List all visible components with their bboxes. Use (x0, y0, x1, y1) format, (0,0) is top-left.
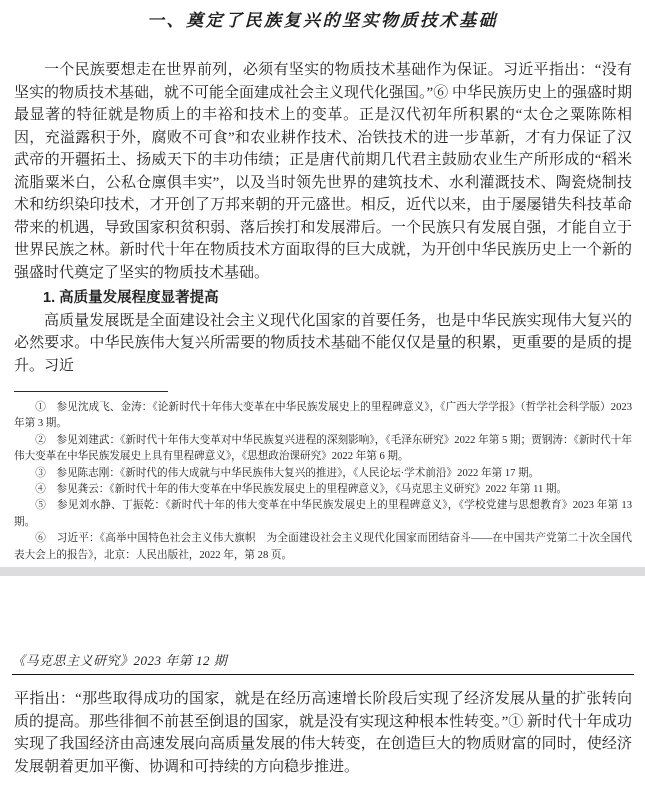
section-title: 一、奠定了民族复兴的坚实物质技术基础 (0, 0, 645, 33)
pdf-viewer: 一、奠定了民族复兴的坚实物质技术基础 一个民族要想走在世界前列，必须有坚实的物质… (0, 0, 645, 785)
footnote-item: ① 参见沈成飞、金涛：《论新时代十年伟大变革在中华民族发展史上的里程碑意义》，《… (14, 400, 632, 433)
body-paragraph: 高质量发展既是全面建设社会主义现代化国家的首要任务，也是中华民族实现伟大复兴的必… (14, 310, 632, 378)
footnote-item: ④ 参见龚云：《新时代十年的伟大变革在中华民族发展史上的里程碑意义》，《马克思主… (14, 482, 632, 498)
footnote-divider (14, 391, 168, 392)
body-paragraph: 平指出：“那些取得成功的国家，就是在经历高速增长阶段后实现了经济发展从量的扩张转… (14, 688, 632, 778)
subsection-heading: 1. 高质量发展程度显著提高 (14, 287, 632, 310)
page-separator (0, 567, 645, 576)
footnotes-block: ① 参见沈成飞、金涛：《论新时代十年伟大变革在中华民族发展史上的里程碑意义》，《… (14, 400, 632, 564)
footnote-item: ⑤ 参见刘水静、丁振乾：《新时代十年的伟大变革在中华民族发展史上的里程碑意义》，… (14, 498, 632, 531)
journal-page-19: 一、奠定了民族复兴的坚实物质技术基础 一个民族要想走在世界前列，必须有坚实的物质… (0, 0, 645, 567)
journal-running-header: 《马克思主义研究》2023 年第 12 期 (12, 652, 633, 669)
journal-page-20: 《马克思主义研究》2023 年第 12 期 平指出：“那些取得成功的国家，就是在… (0, 576, 645, 785)
footnote-item: ⑥ 习近平：《高举中国特色社会主义伟大旗帜 为全面建设社会主义现代化国家而团结奋… (14, 531, 632, 564)
footnote-item: ③ 参见陈志刚：《新时代的伟大成就与中华民族伟大复兴的推进》，《人民论坛·学术前… (14, 466, 632, 482)
running-header-rule (12, 674, 634, 675)
body-paragraph: 一个民族要想走在世界前列，必须有坚实的物质技术基础作为保证。习近平指出：“没有坚… (14, 59, 632, 284)
footnote-item: ② 参见刘建武：《新时代十年伟大变革对中华民族复兴进程的深刻影响》，《毛泽东研究… (14, 433, 632, 466)
